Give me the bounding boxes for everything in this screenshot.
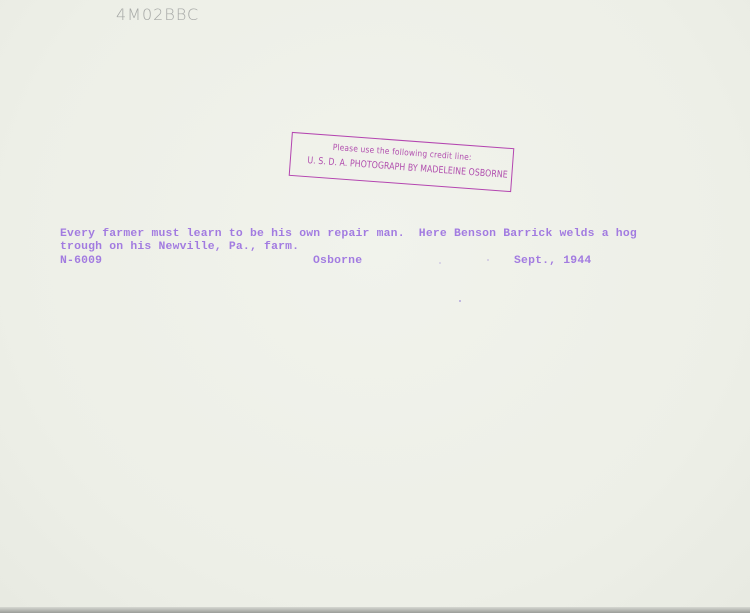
ink-speck <box>439 262 441 264</box>
handwritten-catalog-id: 4M02BBC <box>116 5 199 24</box>
paper-bottom-edge <box>0 607 750 613</box>
caption-line-2: trough on his Newville, Pa., farm. <box>60 241 299 253</box>
photo-date: Sept., 1944 <box>514 255 591 267</box>
caption-line-1: Every farmer must learn to be his own re… <box>60 228 637 240</box>
negative-number: N-6009 <box>60 255 102 267</box>
ink-speck <box>487 259 489 261</box>
photographer-name: Osborne <box>313 255 362 267</box>
photo-back-paper <box>0 0 750 607</box>
ink-speck <box>459 300 461 302</box>
